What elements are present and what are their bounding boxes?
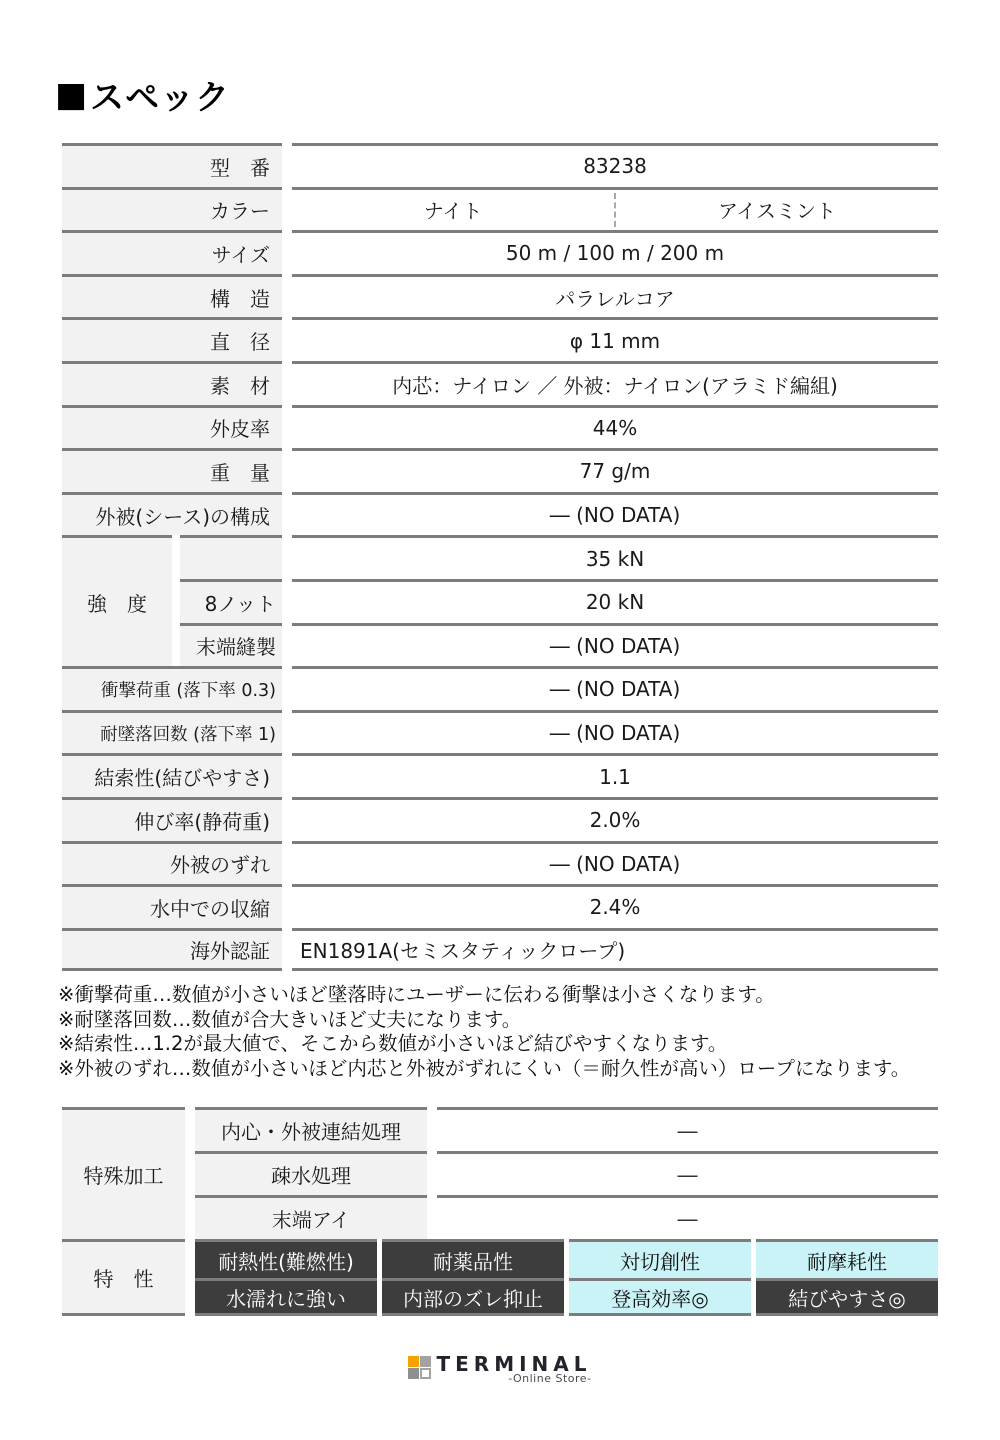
processing-row-value: ― <box>437 1195 938 1239</box>
table-row: 海外認証 EN1891A(セミスタティックロープ) <box>62 928 938 972</box>
spec-row-label: 構 造 <box>62 274 282 318</box>
note-line: ※耐墜落回数…数値が合大きいほど丈夫になります。 <box>58 1008 1000 1033</box>
spec-row-label: 耐墜落回数 (落下率 1) <box>62 710 282 754</box>
column-gap <box>282 448 292 492</box>
strength-subrow-label: 末端縫製 <box>180 623 282 667</box>
column-gap <box>185 1107 195 1239</box>
footer: TERMINAL -Online Store- <box>0 1352 1000 1385</box>
column-gap <box>282 928 292 972</box>
column-gap <box>282 492 292 536</box>
processing-row-label: 末端アイ <box>195 1195 427 1239</box>
table-row: 結索性(結びやすさ) 1.1 <box>62 753 938 797</box>
processing-row-value: ― <box>437 1151 938 1195</box>
strength-subrow-value: 20 kN <box>292 579 938 623</box>
spec-row-value: 83238 <box>292 143 938 187</box>
feature-group-label: 特 性 <box>62 1239 185 1316</box>
column-gap <box>172 535 180 666</box>
table-row: 外被のずれ ― (NO DATA) <box>62 841 938 885</box>
feature-badge: 耐熱性(難燃性) <box>195 1239 377 1278</box>
column-gap <box>282 797 292 841</box>
processing-row-label: 内心・外被連結処理 <box>195 1107 427 1151</box>
logo-text: TERMINAL -Online Store- <box>436 1352 591 1385</box>
table-row: サイズ 50 m / 100 m / 200 m <box>62 230 938 274</box>
color-value-icemint: アイスミント <box>616 190 938 231</box>
note-line: ※衝撃荷重…数値が小さいほど墜落時にユーザーに伝わる衝撃は小さくなります。 <box>58 983 1000 1008</box>
feature-badges: 耐熱性(難燃性) 耐薬品性 対切創性 耐摩耗性 水濡れに強い 内部のズレ抑止 登… <box>195 1239 938 1316</box>
column-gap <box>282 579 292 623</box>
processing-group: 特殊加工 内心・外被連結処理 ― 疎水処理 ― 末端アイ ― <box>62 1107 938 1239</box>
notes: ※衝撃荷重…数値が小さいほど墜落時にユーザーに伝わる衝撃は小さくなります。 ※耐… <box>58 983 1000 1081</box>
spec-row-label: 外被のずれ <box>62 841 282 885</box>
feature-badge: 対切創性 <box>569 1239 751 1278</box>
spec-row-label: カラー <box>62 187 282 231</box>
logo-square-gray <box>420 1356 431 1367</box>
note-line: ※外被のずれ…数値が小さいほど内芯と外被がずれにくい（＝耐久性が高い）ロープにな… <box>58 1057 1000 1082</box>
strength-subrows: 35 kN 8ノット 20 kN 末端縫製 ― (NO DATA) <box>180 535 938 666</box>
column-gap <box>427 1107 437 1151</box>
table-row: 疎水処理 ― <box>195 1151 938 1195</box>
spec-row-value: ― (NO DATA) <box>292 841 938 885</box>
column-gap <box>282 405 292 449</box>
processing-features-table: 特殊加工 内心・外被連結処理 ― 疎水処理 ― 末端アイ ― <box>62 1107 938 1316</box>
table-row: 末端アイ ― <box>195 1195 938 1239</box>
color-value-night: ナイト <box>292 190 614 231</box>
column-gap <box>282 623 292 667</box>
spec-row-label: 外皮率 <box>62 405 282 449</box>
spec-row-value: EN1891A(セミスタティックロープ) <box>292 928 938 972</box>
spec-row-value: ― (NO DATA) <box>292 492 938 536</box>
table-row: 外皮率 44% <box>62 405 938 449</box>
strength-subrow-label: 8ノット <box>180 579 282 623</box>
spec-row-value: ナイト アイスミント <box>292 187 938 231</box>
spec-row-label: 型 番 <box>62 143 282 187</box>
spec-row-value: 2.4% <box>292 884 938 928</box>
column-gap <box>282 535 292 579</box>
spec-row-label: 海外認証 <box>62 928 282 972</box>
strength-group: 強 度 35 kN 8ノット 20 kN 末端縫製 ― (NO DATA) <box>62 535 938 666</box>
spec-row-label: 結索性(結びやすさ) <box>62 753 282 797</box>
strength-subrow: 35 kN <box>180 535 938 579</box>
logo-squares-icon <box>408 1356 431 1379</box>
column-gap <box>427 1195 437 1239</box>
table-row: 型 番 83238 <box>62 143 938 187</box>
strength-subrow-value: ― (NO DATA) <box>292 623 938 667</box>
table-row: 伸び率(静荷重) 2.0% <box>62 797 938 841</box>
spec-row-value: 1.1 <box>292 753 938 797</box>
feature-badge: 登高効率◎ <box>569 1278 751 1317</box>
column-gap <box>282 710 292 754</box>
spec-row-label: サイズ <box>62 230 282 274</box>
spec-row-label: 外被(シース)の構成 <box>62 492 282 536</box>
color-split: ナイト アイスミント <box>292 190 938 231</box>
brand-tagline: -Online Store- <box>508 1372 591 1385</box>
strength-subrow-label <box>180 535 282 579</box>
spec-row-value: 77 g/m <box>292 448 938 492</box>
table-row: 衝撃荷重 (落下率 0.3) ― (NO DATA) <box>62 666 938 710</box>
column-gap <box>282 143 292 187</box>
spec-row-value: パラレルコア <box>292 274 938 318</box>
column-gap <box>282 317 292 361</box>
footer-logo: TERMINAL -Online Store- <box>408 1352 591 1385</box>
logo-square-orange <box>408 1356 419 1367</box>
note-line: ※結索性…1.2が最大値で、そこから数値が小さいほど結びやすくなります。 <box>58 1032 1000 1057</box>
black-square-icon: ■ <box>55 75 88 115</box>
table-row: 水中での収縮 2.4% <box>62 884 938 928</box>
table-row: 直 径 φ 11 mm <box>62 317 938 361</box>
spec-page: ■ スペック 型 番 83238 カラー ナイト アイスミント サイズ 50 m… <box>0 0 1000 1440</box>
table-row: 外被(シース)の構成 ― (NO DATA) <box>62 492 938 536</box>
spec-row-value: 44% <box>292 405 938 449</box>
processing-rows: 内心・外被連結処理 ― 疎水処理 ― 末端アイ ― <box>195 1107 938 1239</box>
strength-subrow-value: 35 kN <box>292 535 938 579</box>
table-row: 構 造 パラレルコア <box>62 274 938 318</box>
feature-badge: 耐摩耗性 <box>756 1239 938 1278</box>
column-gap <box>282 187 292 231</box>
processing-group-label: 特殊加工 <box>62 1107 185 1239</box>
spec-row-label: 水中での収縮 <box>62 884 282 928</box>
strength-subrow: 末端縫製 ― (NO DATA) <box>180 623 938 667</box>
spec-row-label: 衝撃荷重 (落下率 0.3) <box>62 666 282 710</box>
column-gap <box>282 230 292 274</box>
spec-row-value: φ 11 mm <box>292 317 938 361</box>
spec-row-value: ― (NO DATA) <box>292 710 938 754</box>
processing-row-value: ― <box>437 1107 938 1151</box>
table-row: 素 材 内芯：ナイロン ／ 外被：ナイロン(アラミド編組) <box>62 361 938 405</box>
column-gap <box>282 841 292 885</box>
spec-row-label: 重 量 <box>62 448 282 492</box>
spec-row-value: ― (NO DATA) <box>292 666 938 710</box>
logo-square-gray <box>408 1368 419 1379</box>
spec-row-value: 50 m / 100 m / 200 m <box>292 230 938 274</box>
spec-table: 型 番 83238 カラー ナイト アイスミント サイズ 50 m / 100 … <box>62 143 938 971</box>
spec-row-value: 内芯：ナイロン ／ 外被：ナイロン(アラミド編組) <box>292 361 938 405</box>
spec-row-label: 伸び率(静荷重) <box>62 797 282 841</box>
table-row: 耐墜落回数 (落下率 1) ― (NO DATA) <box>62 710 938 754</box>
column-gap <box>282 361 292 405</box>
table-row: 重 量 77 g/m <box>62 448 938 492</box>
spec-row-label: 直 径 <box>62 317 282 361</box>
page-title: ■ スペック <box>55 70 1000 119</box>
spec-row-value: 2.0% <box>292 797 938 841</box>
feature-badge: 水濡れに強い <box>195 1278 377 1317</box>
processing-row-label: 疎水処理 <box>195 1151 427 1195</box>
logo-square-white <box>420 1368 431 1379</box>
table-row-color: カラー ナイト アイスミント <box>62 187 938 231</box>
column-gap <box>282 666 292 710</box>
column-gap <box>282 274 292 318</box>
strength-subrow: 8ノット 20 kN <box>180 579 938 623</box>
feature-badge: 内部のズレ抑止 <box>382 1278 564 1317</box>
feature-badge: 結びやすさ◎ <box>756 1278 938 1317</box>
features-group: 特 性 耐熱性(難燃性) 耐薬品性 対切創性 耐摩耗性 水濡れに強い 内部のズレ… <box>62 1239 938 1316</box>
page-title-text: スペック <box>90 70 230 119</box>
table-row: 内心・外被連結処理 ― <box>195 1107 938 1151</box>
strength-group-label: 強 度 <box>62 535 172 666</box>
column-gap <box>282 753 292 797</box>
spec-row-label: 素 材 <box>62 361 282 405</box>
column-gap <box>282 884 292 928</box>
column-gap <box>427 1151 437 1195</box>
feature-badge: 耐薬品性 <box>382 1239 564 1278</box>
